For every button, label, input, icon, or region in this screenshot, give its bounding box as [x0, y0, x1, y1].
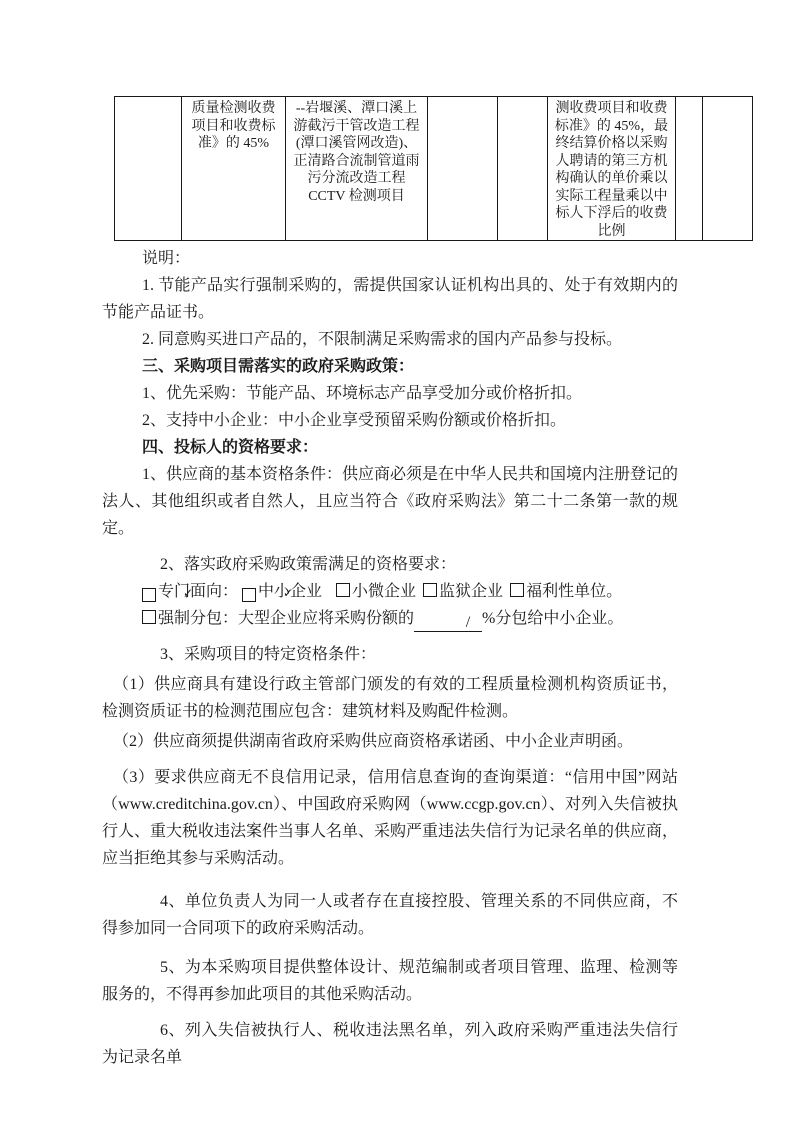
table-cell-line: 测收费项目和收费 — [549, 100, 674, 118]
note-item-1: 1. 节能产品实行强制采购的，需提供国家认证机构出具的、处于有效期内的节能产品证… — [102, 272, 678, 326]
requirement-item-4: 4、单位负责人为同一人或者存在直接控股、管理关系的不同供应商，不得参加同一合同项… — [102, 888, 678, 942]
check-icon: ✓ — [143, 587, 155, 599]
target-group-label: 专门面向： — [158, 583, 238, 600]
fill-in-blank: / — [414, 614, 482, 632]
table-row: 质量检测收费 项目和收费标 准》的 45% --岩堰溪、潭口溪上 游截污干管改造… — [115, 97, 753, 241]
qualification-policy: 2、落实政府采购政策需满足的资格要求： — [102, 551, 678, 578]
section-heading-3: 三、采购项目需落实的政府采购政策： — [102, 353, 678, 380]
table-cell-line: 标人下浮后的收费 — [549, 205, 674, 223]
qualification-basic: 1、供应商的基本资格条件：供应商必须是在中华人民共和国境内注册登记的法人、其他组… — [102, 461, 678, 542]
requirement-item-5: 5、为本采购项目提供整体设计、规范编制或者项目管理、监理、检测等服务的，不得再参… — [102, 954, 678, 1008]
requirement-item-6: 6、列入失信被执行人、税收违法黑名单，列入政府采购严重违法失信行为记录名单 — [102, 1017, 678, 1071]
table-cell-empty — [676, 97, 703, 241]
option-label-welfare: 福利性单位。 — [526, 583, 622, 600]
subcontract-line: 强制分包：大型企业应将采购份额的/%分包给中小企业。 — [102, 605, 678, 632]
target-group-line: ✓专门面向：✓中小企业小微企业监狱企业福利性单位。 — [102, 578, 678, 605]
fee-standard-table: 质量检测收费 项目和收费标 准》的 45% --岩堰溪、潭口溪上 游截污干管改造… — [114, 96, 753, 241]
policy-item-1: 1、优先采购：节能产品、环境标志产品享受加分或价格折扣。 — [102, 380, 678, 407]
subcontract-prefix: 强制分包：大型企业应将采购份额的 — [158, 610, 414, 627]
table-cell-line: (潭口溪管网改造)、 — [287, 135, 426, 153]
table-cell-fee-standard: 质量检测收费 项目和收费标 准》的 45% — [182, 97, 286, 241]
specific-item-3: （3）要求供应商无不良信用记录，信用信息查询的查询渠道：“信用中国”网站（www… — [102, 764, 678, 872]
checkbox-unchecked-icon — [510, 583, 524, 597]
checkbox-checked-icon: ✓ — [142, 588, 156, 602]
section-heading-4: 四、投标人的资格要求： — [102, 434, 678, 461]
table-cell-project-name: --岩堰溪、潭口溪上 游截污干管改造工程 (潭口溪管网改造)、 正清路合流制管道… — [286, 97, 428, 241]
table-cell-empty — [428, 97, 498, 241]
table-cell-line: 污分流改造工程 — [287, 170, 426, 188]
table-cell-line: 构确认的单价乘以 — [549, 170, 674, 188]
option-label-micro: 小微企业 — [352, 583, 416, 600]
table-cell-line: --岩堰溪、潭口溪上 — [287, 100, 426, 118]
policy-item-2: 2、支持中小企业：中小企业享受预留采购份额或价格折扣。 — [102, 407, 678, 434]
table-cell-line: 准》的 45% — [183, 135, 284, 153]
table-cell-line: 比例 — [549, 223, 674, 241]
table-cell-line: 人聘请的第三方机 — [549, 153, 674, 171]
option-label-prison: 监狱企业 — [439, 583, 503, 600]
table-cell-settlement: 测收费项目和收费 标准》的 45%，最 终结算价格以采购 人聘请的第三方机 构确… — [548, 97, 676, 241]
table-cell-line: 游截污干管改造工程 — [287, 118, 426, 136]
table-cell-empty — [115, 97, 182, 241]
checkbox-unchecked-icon — [142, 610, 156, 624]
check-icon: ✓ — [243, 587, 255, 599]
table-cell-line: 实际工程量乘以中 — [549, 188, 674, 206]
table-cell-line: CCTV 检测项目 — [287, 188, 426, 206]
table-cell-line: 终结算价格以采购 — [549, 135, 674, 153]
specific-item-1: （1）供应商具有建设行政主管部门颁发的有效的工程质量检测机构资质证书，检测资质证… — [102, 671, 678, 725]
qualification-specific: 3、采购项目的特定资格条件： — [102, 641, 678, 668]
notes-label: 说明： — [102, 245, 678, 272]
document-page: 质量检测收费 项目和收费标 准》的 45% --岩堰溪、潭口溪上 游截污干管改造… — [0, 0, 793, 1122]
table-cell-line: 项目和收费标 — [183, 118, 284, 136]
table-cell-line: 标准》的 45%，最 — [549, 118, 674, 136]
checkbox-checked-icon: ✓ — [242, 588, 256, 602]
specific-item-2: （2）供应商须提供湖南省政府采购供应商资格承诺函、中小企业声明函。 — [102, 728, 678, 755]
table-cell-line: 质量检测收费 — [183, 100, 284, 118]
document-body: 说明： 1. 节能产品实行强制采购的，需提供国家认证机构出具的、处于有效期内的节… — [102, 245, 678, 1071]
checkbox-unchecked-icon — [423, 583, 437, 597]
option-label-sme: 中小企业 — [258, 583, 322, 600]
table-cell-empty — [498, 97, 548, 241]
note-item-2: 2. 同意购买进口产品的，不限制满足采购需求的国内产品参与投标。 — [102, 326, 678, 353]
subcontract-suffix: %分包给中小企业。 — [482, 610, 623, 627]
table-cell-line: 正清路合流制管道雨 — [287, 153, 426, 171]
table-cell-empty — [703, 97, 753, 241]
checkbox-unchecked-icon — [336, 583, 350, 597]
